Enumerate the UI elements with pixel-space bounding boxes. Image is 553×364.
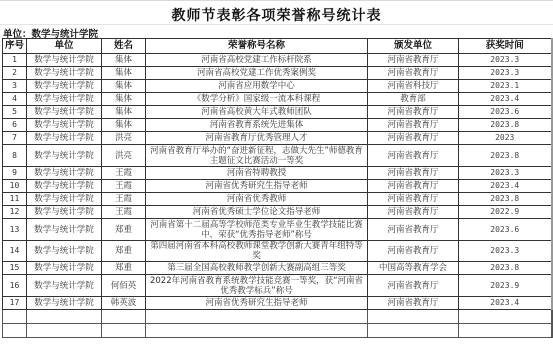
row-honor: 河南省教育厅举办的“奋进新征程，志做大先生”师德教育主题征文比赛活动一等奖 <box>146 145 368 167</box>
row-name: 洪亮 <box>102 132 146 145</box>
table-row: 6数学与统计学院集体河南省教育系统先进集体河南省教育厅2023.8 <box>3 119 552 132</box>
table-row: 5数学与统计学院集体河南省高校黄大年式教师团队河南省教育厅2023.6 <box>3 106 552 119</box>
row-unit: 数学与统计学院 <box>27 167 102 180</box>
row-name: 王霞 <box>102 180 146 193</box>
row-honor: 河南省特聘教授 <box>146 167 368 180</box>
row-name: 韩英波 <box>102 297 146 310</box>
row-number: 6 <box>3 119 27 132</box>
row-number: 4 <box>3 93 27 106</box>
table-row: 11数学与统计学院王霞河南省优秀教师河南省教育厅2023.8 <box>3 193 552 206</box>
row-unit: 数学与统计学院 <box>27 93 102 106</box>
row-honor: 河南省高校党建工作标杆院系 <box>146 54 368 67</box>
header-issuer: 颁发单位 <box>368 39 459 54</box>
header-date: 获奖时间 <box>459 39 552 54</box>
empty-cell <box>27 310 102 324</box>
row-issuer: 河南省教育厅 <box>368 132 459 145</box>
row-date: 2023.4 <box>459 93 552 106</box>
row-honor: 河南省高校党建工作优秀案例奖 <box>146 67 368 80</box>
row-date: 2023.1 <box>459 80 552 93</box>
row-honor: 《数学分析》国家级一流本科课程 <box>146 93 368 106</box>
table-row: 9数学与统计学院王霞河南省特聘教授河南省教育厅2023.3 <box>3 167 552 180</box>
row-honor: 河南省优秀教师 <box>146 193 368 206</box>
title-row: 教师节表彰各项荣誉称号统计表 <box>0 0 553 25</box>
row-date: 2023.4 <box>459 180 552 193</box>
row-date: 2023.6 <box>459 106 552 119</box>
header-honor: 荣誉称号名称 <box>146 39 368 54</box>
table-row: 14数学与统计学院郑重第四届河南省本科高校教师课堂教学创新大赛青年组特等奖河南省… <box>3 241 552 262</box>
row-date: 2022.9 <box>459 206 552 219</box>
row-unit: 数学与统计学院 <box>27 219 102 241</box>
empty-cell <box>459 324 552 338</box>
row-issuer: 河南省教育厅 <box>368 206 459 219</box>
row-issuer: 河南省教育厅 <box>368 180 459 193</box>
table-row: 2数学与统计学院集体河南省高校党建工作优秀案例奖河南省教育厅2023.3 <box>3 67 552 80</box>
row-issuer: 河南省科技厅 <box>368 80 459 93</box>
row-unit: 数学与统计学院 <box>27 67 102 80</box>
row-name: 郑重 <box>102 262 146 275</box>
header-no: 序号 <box>3 39 27 54</box>
table-row: 4数学与统计学院集体《数学分析》国家级一流本科课程教育部2023.4 <box>3 93 552 106</box>
row-issuer: 河南省教育厅 <box>368 193 459 206</box>
row-number: 1 <box>3 54 27 67</box>
table-row: 1数学与统计学院集体河南省高校党建工作标杆院系河南省教育厅2023.3 <box>3 54 552 67</box>
row-number: 3 <box>3 80 27 93</box>
row-date: 2023.8 <box>459 193 552 206</box>
table-row: 8数学与统计学院洪亮河南省教育厅举办的“奋进新征程，志做大先生”师德教育主题征文… <box>3 145 552 167</box>
row-name: 郑重 <box>102 241 146 262</box>
row-honor: 河南省优秀研究生指导老师 <box>146 297 368 310</box>
honors-table: 序号 单位 姓名 荣誉称号名称 颁发单位 获奖时间 1数学与统计学院集体河南省高… <box>2 38 553 338</box>
row-name: 王霞 <box>102 167 146 180</box>
row-unit: 数学与统计学院 <box>27 80 102 93</box>
empty-cell <box>102 324 146 338</box>
row-date: 2023.6 <box>459 219 552 241</box>
row-issuer: 河南省教育厅 <box>368 219 459 241</box>
unit-row: 单位：数学与统计学院 <box>0 25 553 38</box>
table-row: 3数学与统计学院集体河南省应用数学中心河南省科技厅2023.1 <box>3 80 552 93</box>
row-number: 7 <box>3 132 27 145</box>
row-number: 12 <box>3 206 27 219</box>
row-date: 2023.9 <box>459 275 552 297</box>
empty-cell <box>368 310 459 324</box>
row-number: 13 <box>3 219 27 241</box>
row-name: 集体 <box>102 80 146 93</box>
row-issuer: 河南省教育厅 <box>368 119 459 132</box>
row-name: 集体 <box>102 106 146 119</box>
table-header-row: 序号 单位 姓名 荣誉称号名称 颁发单位 获奖时间 <box>3 39 552 54</box>
row-honor: 河南省教育厅优秀管理人才 <box>146 132 368 145</box>
row-number: 15 <box>3 262 27 275</box>
row-number: 5 <box>3 106 27 119</box>
row-honor: 河南省应用数学中心 <box>146 80 368 93</box>
table-row: 13数学与统计学院郑重河南省第十二届高等学校师范类专业毕业生教学技能比赛中，荣获… <box>3 219 552 241</box>
header-unit: 单位 <box>27 39 102 54</box>
row-issuer: 河南省教育厅 <box>368 54 459 67</box>
row-unit: 数学与统计学院 <box>27 106 102 119</box>
row-unit: 数学与统计学院 <box>27 145 102 167</box>
row-unit: 数学与统计学院 <box>27 54 102 67</box>
row-date: 2023.3 <box>459 241 552 262</box>
row-name: 何佰英 <box>102 275 146 297</box>
row-honor: 河南省教育系统先进集体 <box>146 119 368 132</box>
page-title: 教师节表彰各项荣誉称号统计表 <box>0 5 553 25</box>
row-number: 14 <box>3 241 27 262</box>
row-issuer: 河南省教育厅 <box>368 275 459 297</box>
row-honor: 河南省优秀硕士学位论文指导老师 <box>146 206 368 219</box>
row-number: 17 <box>3 297 27 310</box>
empty-cell <box>368 324 459 338</box>
row-issuer: 教育部 <box>368 93 459 106</box>
row-date: 2023.8 <box>459 262 552 275</box>
row-honor: 河南省高校黄大年式教师团队 <box>146 106 368 119</box>
row-number: 2 <box>3 67 27 80</box>
row-date: 2023.8 <box>459 145 552 167</box>
row-number: 8 <box>3 145 27 167</box>
empty-cell <box>146 310 368 324</box>
row-unit: 数学与统计学院 <box>27 297 102 310</box>
row-name: 王霞 <box>102 206 146 219</box>
empty-cell <box>3 310 27 324</box>
empty-row <box>3 324 552 338</box>
row-unit: 数学与统计学院 <box>27 193 102 206</box>
row-date: 2023 <box>459 132 552 145</box>
empty-cell <box>459 310 552 324</box>
row-name: 集体 <box>102 54 146 67</box>
row-name: 集体 <box>102 93 146 106</box>
row-number: 16 <box>3 275 27 297</box>
row-name: 集体 <box>102 119 146 132</box>
row-unit: 数学与统计学院 <box>27 241 102 262</box>
row-date: 2023.4 <box>459 297 552 310</box>
table-row: 15数学与统计学院郑重第三届全国高校教师教学创新大赛副高组三等奖中国高等教育学会… <box>3 262 552 275</box>
row-issuer: 河南省教育厅 <box>368 167 459 180</box>
row-honor: 2022年河南省教育系统教学技能竞赛一等奖，获“河南省优秀教学标兵”称号 <box>146 275 368 297</box>
row-date: 2023.3 <box>459 167 552 180</box>
row-unit: 数学与统计学院 <box>27 206 102 219</box>
row-honor: 河南省优秀研究生指导老师 <box>146 180 368 193</box>
row-honor: 第四届河南省本科高校教师课堂教学创新大赛青年组特等奖 <box>146 241 368 262</box>
row-unit: 数学与统计学院 <box>27 119 102 132</box>
row-honor: 河南省第十二届高等学校师范类专业毕业生教学技能比赛中，荣获“优秀指导老师”称号 <box>146 219 368 241</box>
row-unit: 数学与统计学院 <box>27 180 102 193</box>
empty-row <box>3 310 552 324</box>
header-name: 姓名 <box>102 39 146 54</box>
row-number: 9 <box>3 167 27 180</box>
table-row: 17数学与统计学院韩英波河南省优秀研究生指导老师河南省教育厅2023.4 <box>3 297 552 310</box>
table-body: 1数学与统计学院集体河南省高校党建工作标杆院系河南省教育厅2023.32数学与统… <box>3 54 552 338</box>
row-name: 郑重 <box>102 219 146 241</box>
row-issuer: 河南省教育厅 <box>368 145 459 167</box>
row-date: 2023.3 <box>459 54 552 67</box>
row-date: 2023.8 <box>459 119 552 132</box>
row-name: 王霞 <box>102 193 146 206</box>
row-unit: 数学与统计学院 <box>27 262 102 275</box>
row-issuer: 河南省教育厅 <box>368 241 459 262</box>
row-name: 集体 <box>102 67 146 80</box>
empty-cell <box>3 324 27 338</box>
row-unit: 数学与统计学院 <box>27 132 102 145</box>
row-number: 11 <box>3 193 27 206</box>
row-name: 洪亮 <box>102 145 146 167</box>
row-issuer: 河南省教育厅 <box>368 67 459 80</box>
row-issuer: 河南省教育厅 <box>368 106 459 119</box>
table-row: 10数学与统计学院王霞河南省优秀研究生指导老师河南省教育厅2023.4 <box>3 180 552 193</box>
row-number: 10 <box>3 180 27 193</box>
empty-cell <box>146 324 368 338</box>
table-row: 16数学与统计学院何佰英2022年河南省教育系统教学技能竞赛一等奖，获“河南省优… <box>3 275 552 297</box>
row-issuer: 中国高等教育学会 <box>368 262 459 275</box>
row-issuer: 河南省教育厅 <box>368 297 459 310</box>
empty-cell <box>27 324 102 338</box>
table-row: 7数学与统计学院洪亮河南省教育厅优秀管理人才河南省教育厅2023 <box>3 132 552 145</box>
row-honor: 第三届全国高校教师教学创新大赛副高组三等奖 <box>146 262 368 275</box>
row-unit: 数学与统计学院 <box>27 275 102 297</box>
empty-cell <box>102 310 146 324</box>
row-date: 2023.3 <box>459 67 552 80</box>
table-row: 12数学与统计学院王霞河南省优秀硕士学位论文指导老师河南省教育厅2022.9 <box>3 206 552 219</box>
